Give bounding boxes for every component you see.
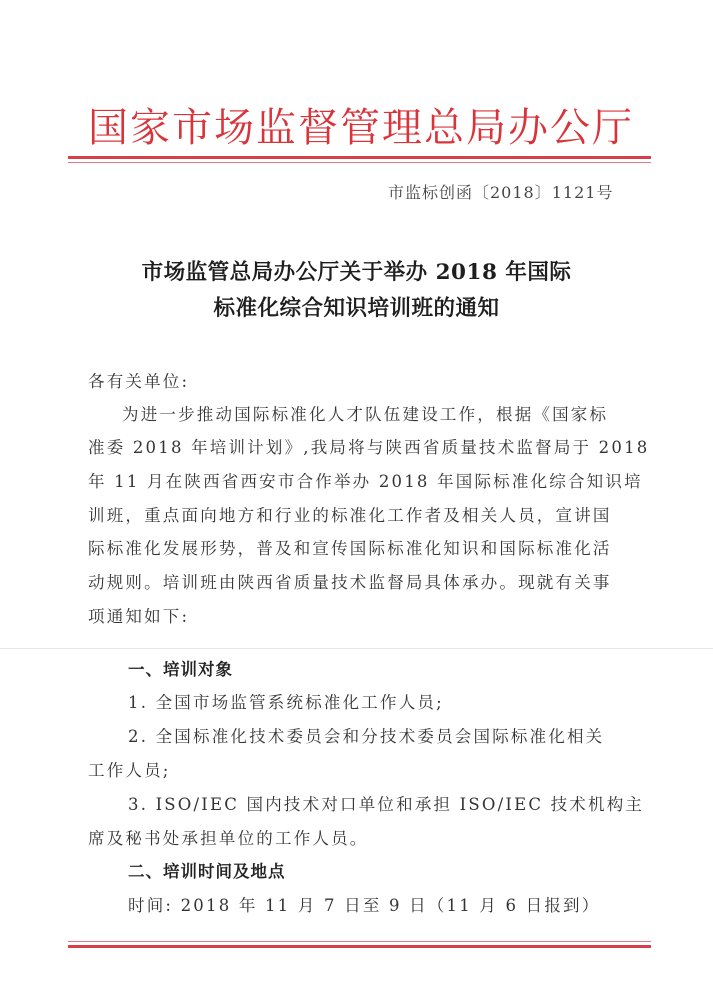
training-time: 时间: 2018 年 11 月 7 日至 9 日（11 月 6 日报到） (128, 896, 600, 916)
document-number: 市监标创函〔2018〕1121号 (388, 180, 613, 203)
notice-title-line-2: 标准化综合知识培训班的通知 (0, 291, 713, 322)
notice-title-line-1: 市场监管总局办公厅关于举办 2018 年国际 (0, 255, 713, 286)
section-heading-training-targets: 一、培训对象 (128, 660, 233, 680)
intro-line: 动规则。培训班由陕西省质量技术监督局具体承办。现就有关事 (88, 573, 612, 593)
target-item-2-cont: 工作人员; (88, 761, 171, 781)
intro-line: 为进一步推动国际标准化人才队伍建设工作，根据《国家标 (122, 405, 608, 425)
target-item-3-cont: 席及秘书处承担单位的工作人员。 (88, 829, 369, 849)
footer-rule-thin (68, 941, 651, 942)
salutation: 各有关单位: (88, 372, 189, 392)
page-break-line (0, 648, 713, 649)
footer-rule-thick (68, 945, 651, 948)
target-item-3: 3. ISO/IEC 国内技术对口单位和承担 ISO/IEC 技术机构主 (128, 795, 644, 815)
intro-line: 训班，重点面向地方和行业的标准化工作者及相关人员，宣讲国 (88, 506, 612, 526)
intro-line: 年 11 月在陕西省西安市合作举办 2018 年国际标准化综合知识培 (88, 472, 643, 492)
intro-line: 际标准化发展形势，普及和宣传国际标准化知识和国际标准化活 (88, 539, 612, 559)
intro-line: 准委 2018 年培训计划》,我局将与陕西省质量技术监督局于 2018 (88, 438, 649, 458)
target-item-1: 1. 全国市场监管系统标准化工作人员; (128, 693, 444, 713)
intro-line: 项通知如下: (88, 607, 189, 627)
section-heading-time-location: 二、培训时间及地点 (128, 862, 286, 882)
target-item-2: 2. 全国标准化技术委员会和分技术委员会国际标准化相关 (128, 727, 604, 747)
masthead-rule-thick (68, 156, 651, 159)
masthead-title: 国家市场监督管理总局办公厅 (88, 98, 628, 158)
masthead-rule-thin (68, 162, 651, 163)
